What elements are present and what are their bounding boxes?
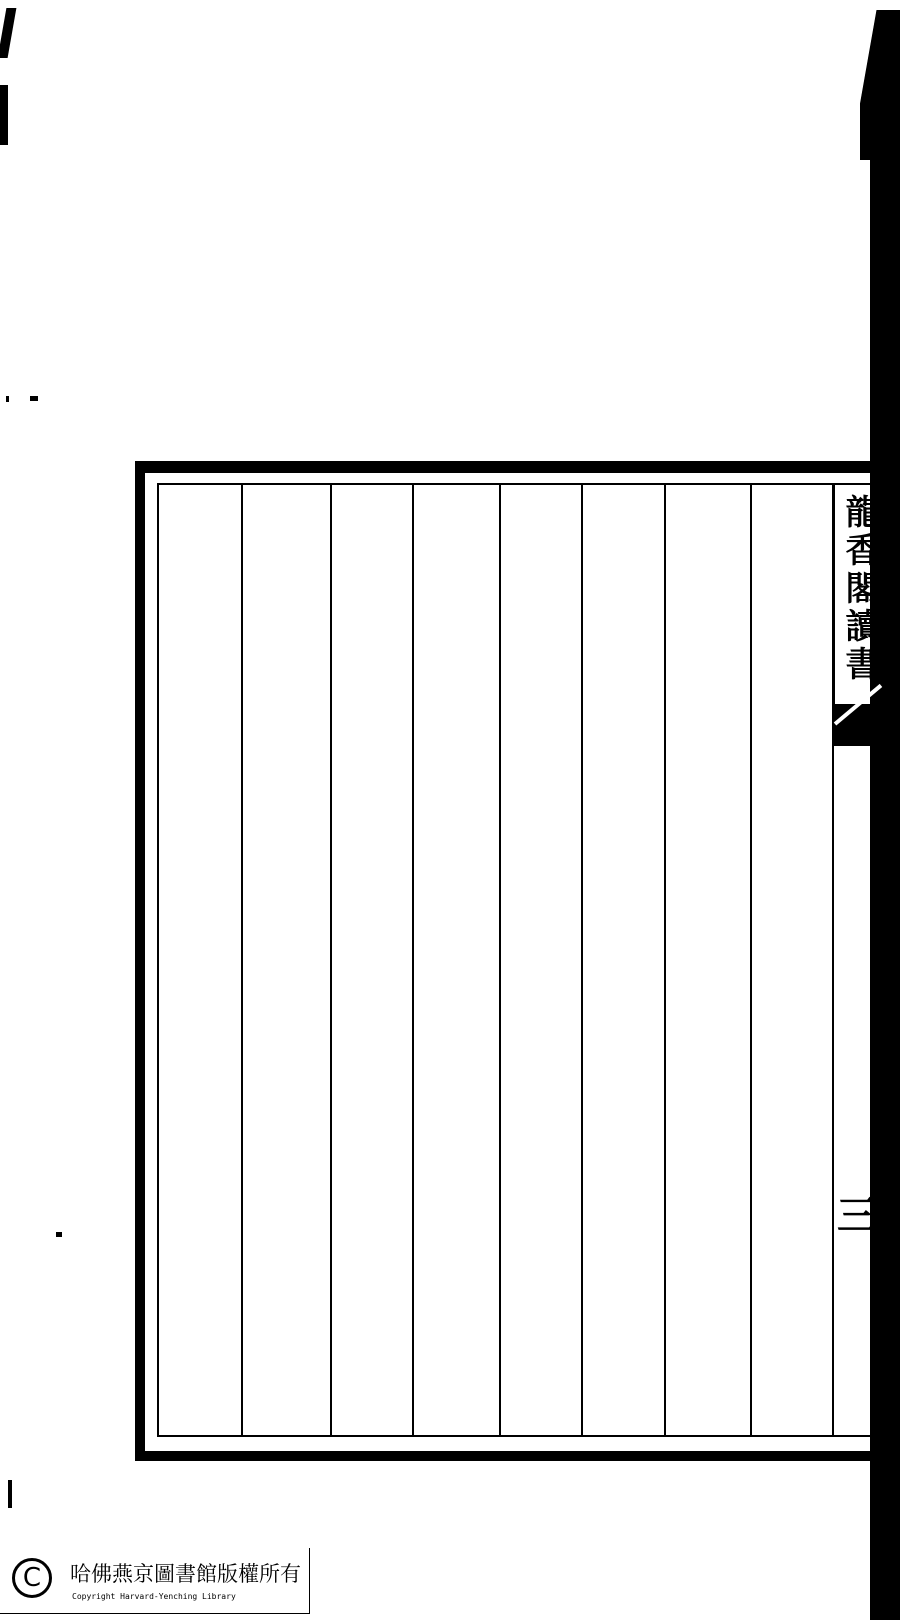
center-fold-column: 龍香閣讀書 三 (833, 484, 880, 1437)
column-rule (412, 484, 414, 1437)
title-box: 龍香閣讀書 (833, 484, 880, 706)
ink-speck (8, 1480, 12, 1508)
copyright-stamp: C 哈佛燕京圖書館版權所有 Copyright Harvard-Yenching… (0, 1548, 310, 1614)
scanned-page: 龍香閣讀書 三 C 哈佛燕京圖書館版權所有 Copyright Harvard-… (0, 0, 900, 1620)
column-rule (330, 484, 332, 1437)
page-number: 三 (837, 1184, 877, 1241)
ink-speck (30, 396, 38, 401)
ink-speck (0, 8, 16, 58)
book-title: 龍香閣讀書 (841, 494, 877, 684)
fishtail-mark (833, 706, 880, 746)
ink-speck (56, 1232, 62, 1237)
column-rule (750, 484, 752, 1437)
copyright-icon: C (12, 1558, 52, 1598)
column-rule (664, 484, 666, 1437)
column-rule (241, 484, 243, 1437)
copyright-chinese: 哈佛燕京圖書館版權所有 (70, 1558, 301, 1588)
ink-speck (0, 85, 8, 145)
inner-frame-border (157, 483, 879, 1437)
gutter-edge (860, 10, 880, 160)
column-rule (581, 484, 583, 1437)
column-rule (499, 484, 501, 1437)
ink-speck (6, 396, 9, 402)
copyright-english: Copyright Harvard-Yenching Library (72, 1592, 236, 1601)
